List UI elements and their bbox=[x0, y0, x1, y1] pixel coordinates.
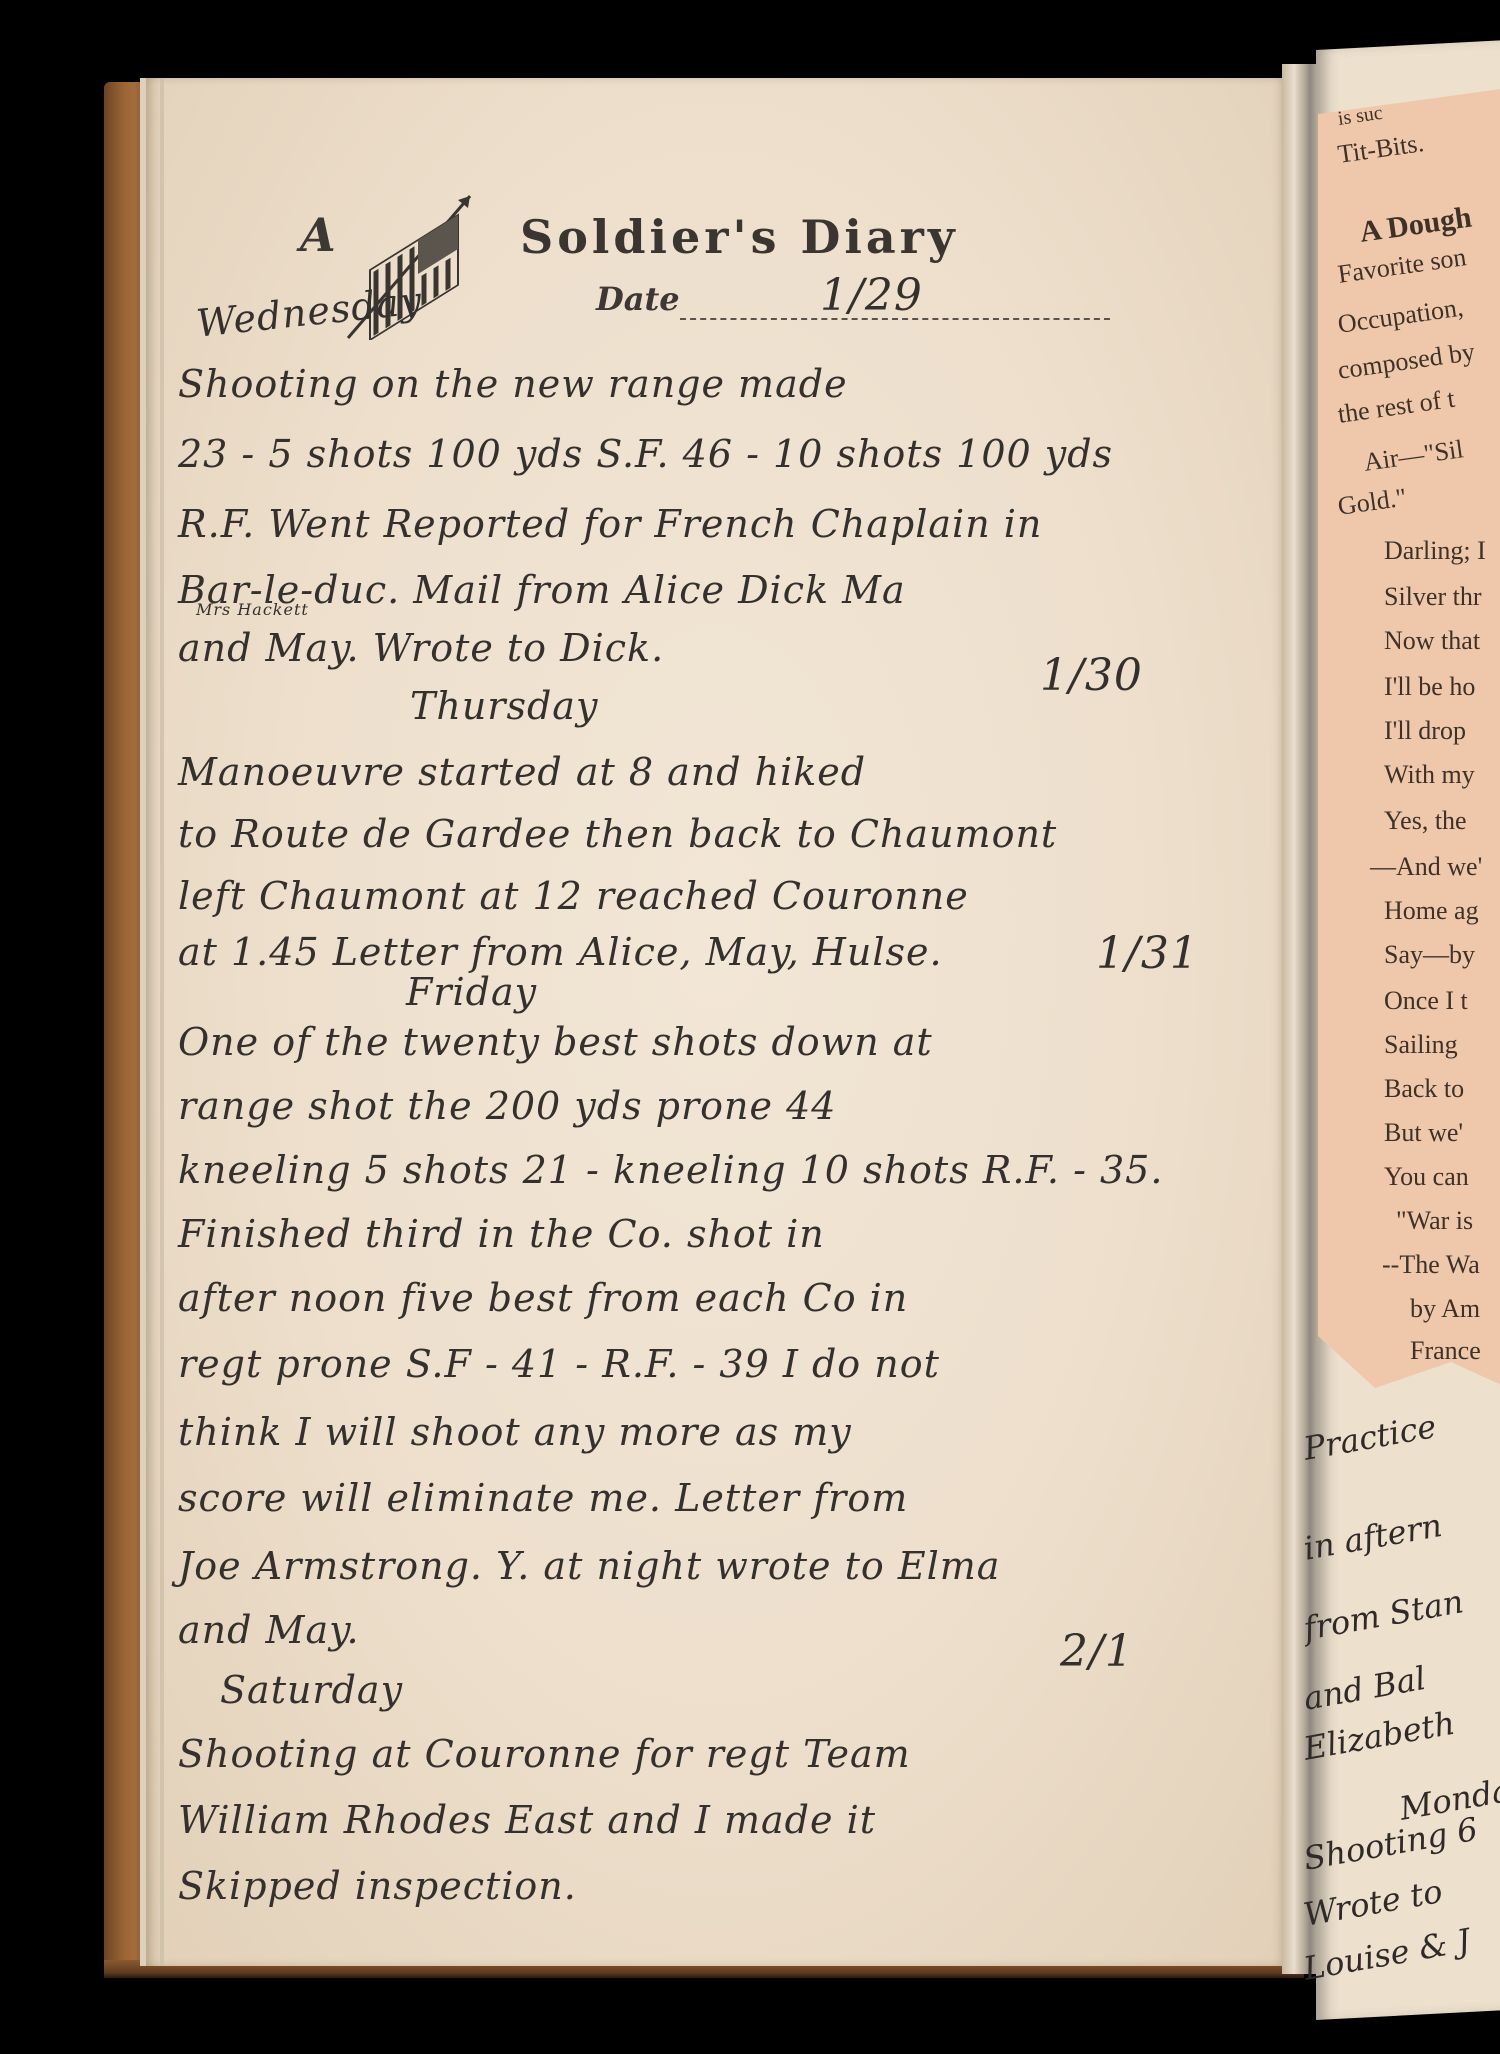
entry-date: 1/29 bbox=[820, 270, 923, 321]
interlinear-note: Mrs Hackett bbox=[196, 600, 309, 619]
entry-line: R.F. Went Reported for French Chaplain i… bbox=[178, 502, 1042, 546]
entry-line: One of the twenty best shots down at bbox=[178, 1020, 933, 1064]
entry-line: at 1.45 Letter from Alice, May, Hulse. bbox=[178, 930, 943, 974]
entry-date: 2/1 bbox=[1060, 1626, 1134, 1677]
clipping-line: by Am bbox=[1410, 1294, 1480, 1324]
entry-day: Thursday bbox=[410, 684, 598, 728]
entry-line: and May. bbox=[178, 1608, 360, 1652]
clipping-line: Say—by bbox=[1384, 940, 1475, 970]
clipping-line: Darling; I bbox=[1384, 536, 1486, 566]
clipping-line: Silver thr bbox=[1384, 582, 1482, 612]
entry-line: 23 - 5 shots 100 yds S.F. 46 - 10 shots … bbox=[178, 432, 1113, 476]
entry-date: 1/31 bbox=[1096, 928, 1199, 979]
clipping-line: You can bbox=[1384, 1162, 1469, 1192]
clipping-line: With my bbox=[1384, 760, 1475, 790]
clipping-line: —And we' bbox=[1370, 852, 1482, 882]
clipping-line: Now that bbox=[1384, 626, 1480, 656]
entry-line: William Rhodes East and I made it bbox=[178, 1798, 876, 1842]
entry-line: Shooting at Couronne for regt Team bbox=[178, 1732, 911, 1776]
clipping-line: Back to bbox=[1384, 1074, 1464, 1104]
clipping-line: Yes, the bbox=[1384, 806, 1467, 836]
clipping-line: "War is bbox=[1396, 1206, 1473, 1236]
clipping-line: I'll be ho bbox=[1384, 672, 1475, 702]
entry-line: Joe Armstrong. Y. at night wrote to Elma bbox=[178, 1544, 1000, 1588]
entry-day: Saturday bbox=[220, 1668, 403, 1712]
clipping-line: Home ag bbox=[1384, 896, 1479, 926]
date-label: Date bbox=[596, 280, 680, 318]
entry-line: and May. Wrote to Dick. bbox=[178, 626, 664, 670]
entry-line: score will eliminate me. Letter from bbox=[178, 1476, 908, 1520]
entry-date: 1/30 bbox=[1040, 650, 1143, 701]
entry-line: think I will shoot any more as my bbox=[178, 1410, 852, 1454]
entry-line: regt prone S.F - 41 - R.F. - 39 I do not bbox=[178, 1342, 940, 1386]
entry-line: Shooting on the new range made bbox=[178, 362, 848, 406]
entry-line: kneeling 5 shots 21 - kneeling 10 shots … bbox=[178, 1148, 1163, 1192]
entry-line: to Route de Gardee then back to Chaumont bbox=[178, 812, 1057, 856]
entry-line: left Chaumont at 12 reached Couronne bbox=[178, 874, 969, 918]
clipping-line: But we' bbox=[1384, 1118, 1463, 1148]
entry-line: Finished third in the Co. shot in bbox=[178, 1212, 825, 1256]
clipping-line: Sailing bbox=[1384, 1030, 1458, 1060]
entry-line: Manoeuvre started at 8 and hiked bbox=[178, 750, 866, 794]
entry-line: Skipped inspection. bbox=[178, 1864, 577, 1908]
clipping-line: --The Wa bbox=[1382, 1250, 1480, 1280]
entry-line: range shot the 200 yds prone 44 bbox=[178, 1084, 836, 1128]
entry-line: after noon five best from each Co in bbox=[178, 1276, 908, 1320]
entry-day: Friday bbox=[406, 970, 537, 1014]
diary-title: Soldier's Diary bbox=[520, 210, 959, 264]
clipping-line: France bbox=[1410, 1336, 1481, 1366]
clipping-line: Once I t bbox=[1384, 986, 1468, 1016]
clipping-line: I'll drop bbox=[1384, 716, 1466, 746]
header-prefix: A bbox=[300, 208, 336, 262]
